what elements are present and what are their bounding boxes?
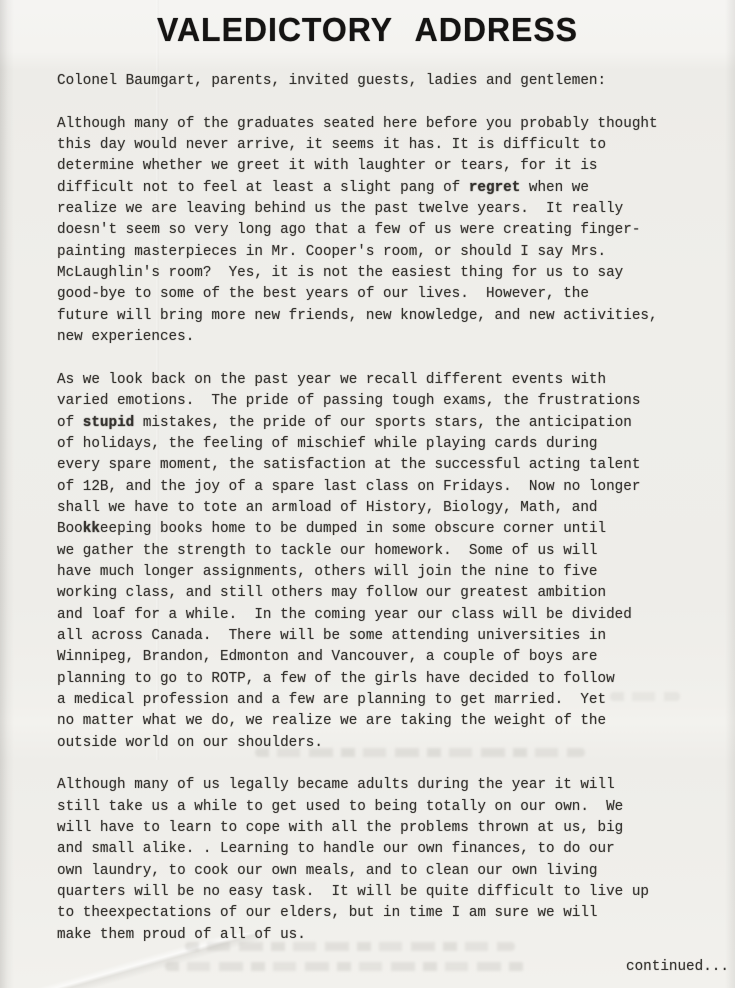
text-line: determine whether we greet it with laugh… bbox=[57, 156, 697, 177]
text-line: Although many of the graduates seated he… bbox=[57, 114, 697, 135]
text-line: no matter what we do, we realize we are … bbox=[57, 711, 697, 732]
text-line: varied emotions. The pride of passing to… bbox=[57, 391, 697, 412]
text-line: this day would never arrive, it seems it… bbox=[57, 135, 697, 156]
text-line: future will bring more new friends, new … bbox=[57, 306, 697, 327]
text-line: still take us a while to get used to bei… bbox=[57, 797, 697, 818]
text-line: to theexpectations of our elders, but in… bbox=[57, 903, 697, 924]
text-line: planning to go to ROTP, a few of the gir… bbox=[57, 669, 697, 690]
right-edge-shadow-artifact bbox=[725, 0, 735, 988]
text-line: McLaughlin's room? Yes, it is not the ea… bbox=[57, 263, 697, 284]
text-line: own laundry, to cook our own meals, and … bbox=[57, 861, 697, 882]
text-line: all across Canada. There will be some at… bbox=[57, 626, 697, 647]
text-line: realize we are leaving behind us the pas… bbox=[57, 199, 697, 220]
text-line: Bookkeeping books home to be dumped in s… bbox=[57, 519, 697, 540]
text-line: doesn't seem so very long ago that a few… bbox=[57, 220, 697, 241]
text-line: of stupid mistakes, the pride of our spo… bbox=[57, 413, 697, 434]
text-line: of holidays, the feeling of mischief whi… bbox=[57, 434, 697, 455]
text-line: quarters will be no easy task. It will b… bbox=[57, 882, 697, 903]
document-body: Colonel Baumgart, parents, invited guest… bbox=[57, 71, 697, 946]
continued-label: continued... bbox=[626, 959, 729, 975]
text-line: As we look back on the past year we reca… bbox=[57, 370, 697, 391]
text-line: make them proud of all of us. bbox=[57, 925, 697, 946]
text-line: and loaf for a while. In the coming year… bbox=[57, 605, 697, 626]
text-line: difficult not to feel at least a slight … bbox=[57, 178, 697, 199]
document-title: VALEDICTORY ADDRESS bbox=[11, 11, 724, 49]
paragraph: As we look back on the past year we reca… bbox=[57, 370, 697, 754]
text-line: painting masterpieces in Mr. Cooper's ro… bbox=[57, 242, 697, 263]
text-line: shall we have to tote an armload of Hist… bbox=[57, 498, 697, 519]
text-line: and small alike. . Learning to handle ou… bbox=[57, 839, 697, 860]
salutation-line: Colonel Baumgart, parents, invited guest… bbox=[57, 71, 697, 92]
paragraph: Although many of the graduates seated he… bbox=[57, 114, 697, 349]
text-line: a medical profession and a few are plann… bbox=[57, 690, 697, 711]
text-line: good-bye to some of the best years of ou… bbox=[57, 284, 697, 305]
text-line: we gather the strength to tackle our hom… bbox=[57, 541, 697, 562]
text-line: working class, and still others may foll… bbox=[57, 583, 697, 604]
text-line: have much longer assignments, others wil… bbox=[57, 562, 697, 583]
text-line: every spare moment, the satisfaction at … bbox=[57, 455, 697, 476]
text-line: outside world on our shoulders. bbox=[57, 733, 697, 754]
bleed-through-artifact bbox=[165, 962, 525, 971]
text-line: of 12B, and the joy of a spare last clas… bbox=[57, 477, 697, 498]
text-line: new experiences. bbox=[57, 327, 697, 348]
paragraph: Although many of us legally became adult… bbox=[57, 775, 697, 946]
text-line: will have to learn to cope with all the … bbox=[57, 818, 697, 839]
left-edge-shadow-artifact bbox=[0, 0, 14, 988]
page: { "page": { "title": "VALEDICTORY ADDRES… bbox=[0, 0, 735, 988]
text-line: Although many of us legally became adult… bbox=[57, 775, 697, 796]
text-line: Winnipeg, Brandon, Edmonton and Vancouve… bbox=[57, 647, 697, 668]
